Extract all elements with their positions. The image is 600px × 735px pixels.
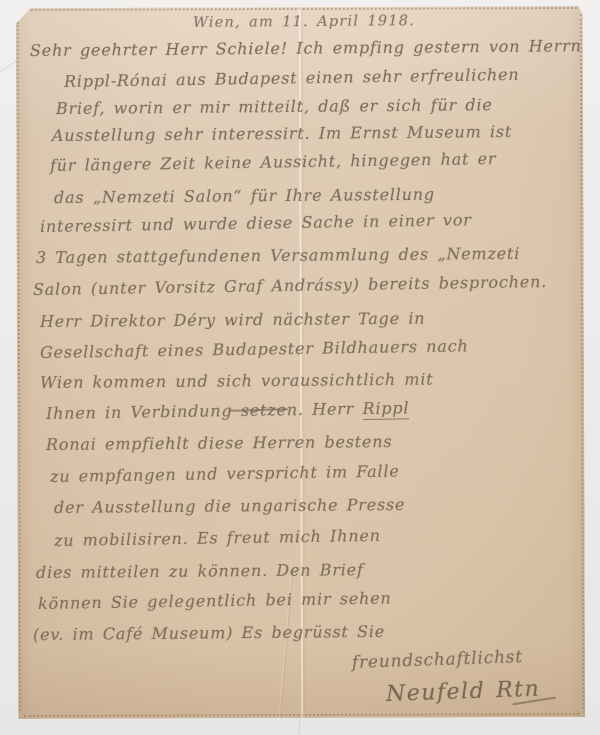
letter-line: (ev. im Café Museum) Es begrüsst Sie bbox=[33, 622, 385, 644]
letter-line: Brief, worin er mir mitteilt, daß er sic… bbox=[56, 95, 493, 118]
letter-line: der Ausstellung die ungarische Presse bbox=[54, 495, 405, 517]
letter-line: Wien kommen und sich voraussichtlich mit bbox=[40, 370, 434, 392]
letter-line: Rippl-Rónai aus Budapest einen sehr erfr… bbox=[64, 65, 520, 91]
letter-line: Ausstellung sehr interessirt. Im Ernst M… bbox=[52, 122, 512, 145]
letter-line: Gesellschaft eines Budapester Bildhauers… bbox=[40, 336, 469, 362]
underlined-name: Rippl bbox=[362, 398, 409, 420]
dateline: Wien, am 11. April 1918. bbox=[193, 13, 415, 31]
letter-scan: Wien, am 11. April 1918. Sehr geehrter H… bbox=[0, 0, 600, 735]
letter-line: Sehr geehrter Herr Schiele! Ich empfing … bbox=[30, 36, 582, 60]
letter-line: Herr Direktor Déry wird nächster Tage in bbox=[40, 309, 426, 331]
closing: freundschaftlichst bbox=[352, 647, 524, 673]
letter-line: zu mobilisiren. Es freut mich Ihnen bbox=[54, 526, 381, 550]
letter-line: 3 Tagen stattgefundenen Versammlung des … bbox=[36, 244, 520, 267]
letter-line: zu empfangen und verspricht im Falle bbox=[50, 462, 400, 486]
letter-text: Wien, am 11. April 1918. Sehr geehrter H… bbox=[0, 0, 600, 735]
letter-line: interessirt und wurde diese Sache in ein… bbox=[40, 210, 472, 236]
letter-line: Ronai empfiehlt diese Herren bestens bbox=[46, 432, 393, 454]
letter-line: für längere Zeit keine Aussicht, hingege… bbox=[50, 149, 497, 175]
letter-line-text: Ihnen in Verbindung setzen. Herr bbox=[46, 399, 363, 423]
letter-line: dies mitteilen zu können. Den Brief bbox=[36, 560, 364, 582]
letter-line: das „Nemzeti Salon“ für Ihre Ausstellung bbox=[54, 185, 435, 207]
letter-line: können Sie gelegentlich bei mir sehen bbox=[38, 588, 392, 613]
letter-line: Salon (unter Vorsitz Graf Andrássy) bere… bbox=[33, 272, 547, 299]
